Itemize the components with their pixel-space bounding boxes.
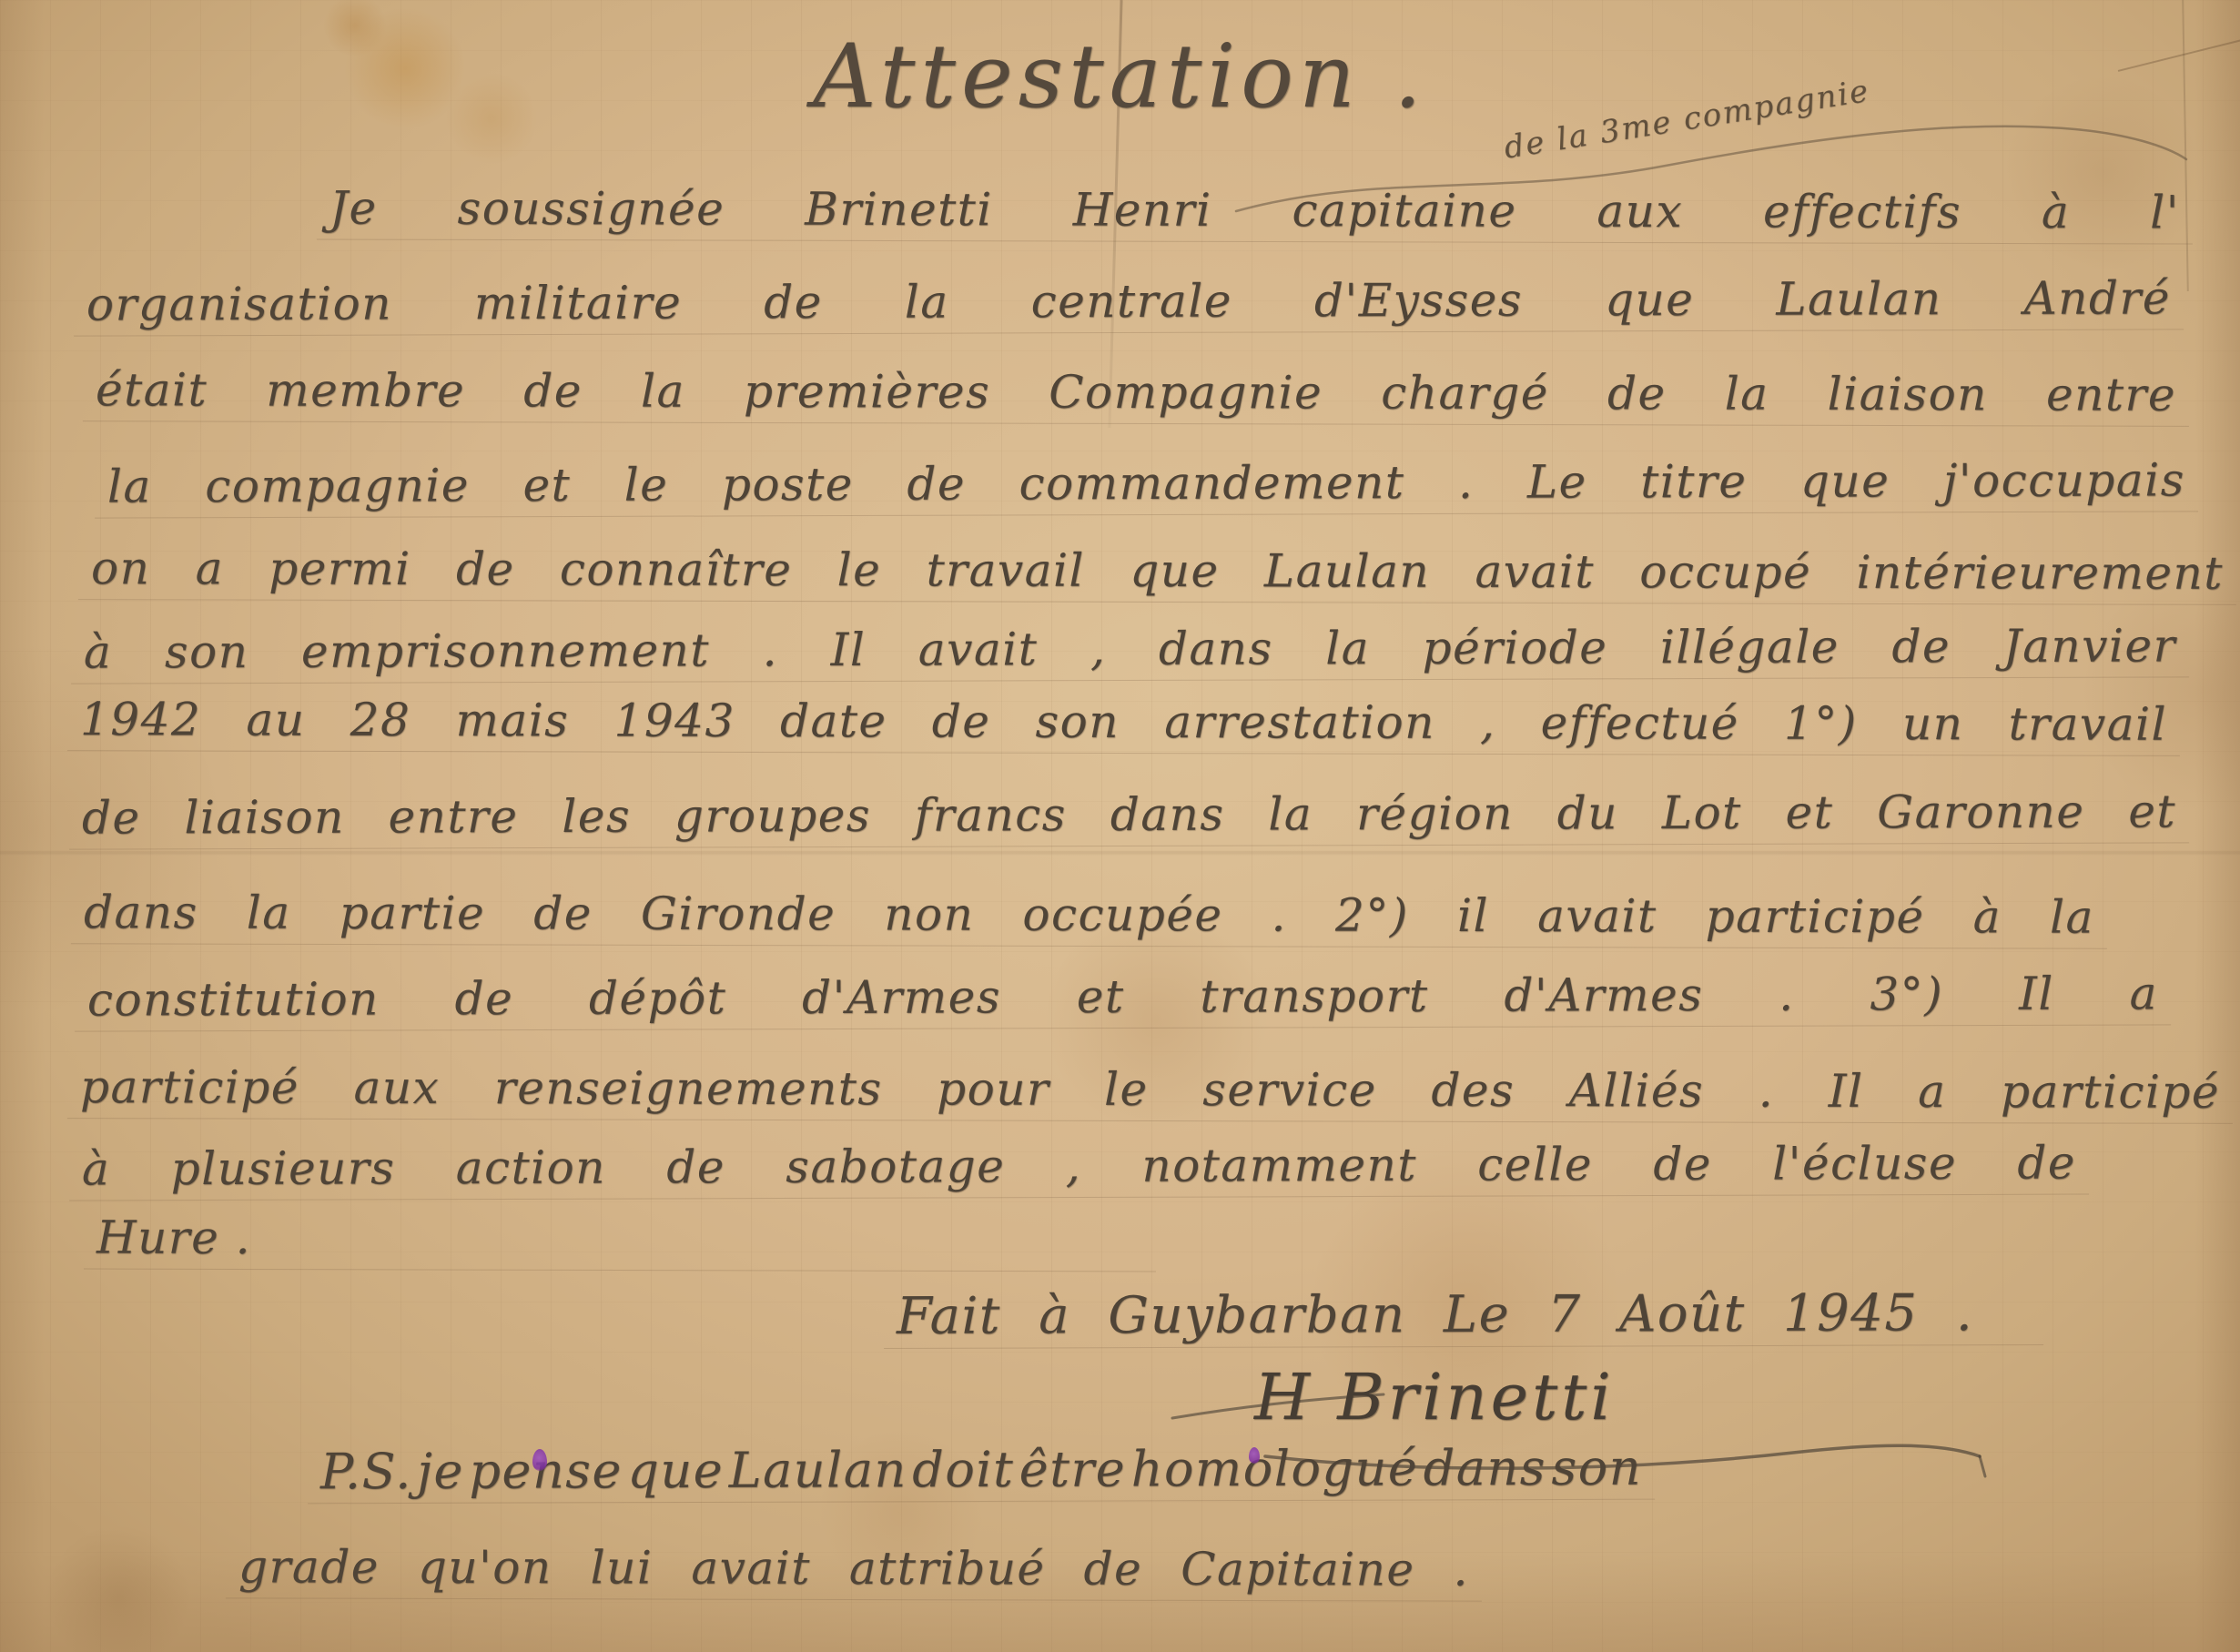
handwritten-line: organisationmilitairedelacentraled'Eysse… [86,268,2171,343]
date-place-line: Fait à Guybarban Le 7 Août 1945 . [897,1283,2031,1356]
handwritten-line: Hure . [96,1208,1143,1280]
postscript-line: gradequ'onluiavaitattribuédeCapitaine. [238,1536,1469,1608]
handwritten-line: étaitmembredelapremièresCompagniechargéd… [96,360,2176,434]
handwritten-line: participéauxrenseignementspourleserviced… [80,1057,2220,1131]
handwritten-line: lacompagnieetlepostedecommandement.Letit… [107,450,2185,525]
handwritten-line: àsonemprisonnement.Ilavait,danslapériode… [84,615,2176,691]
handwritten-line: 1942au28mais1943datedesonarrestation,eff… [80,689,2167,764]
handwritten-line: deliaisonentrelesgroupesfrancsdanslarégi… [82,781,2176,856]
signature: H Brinetti [1254,1360,1615,1434]
handwritten-line: onapermideconnaîtreletravailqueLaulanava… [91,538,2224,613]
handwritten-line: àplusieursactiondesabotage,notammentcell… [82,1133,2076,1209]
handwritten-line: constitutiondedépôtd'Armesettransportd'A… [87,963,2158,1039]
document-page: Attestation . de la 3me compagnie Jesous… [0,0,2240,1652]
postscript-line: P.S.jepensequeLaulandoitêtrehomologuédan… [320,1438,1642,1512]
purple-ink-mark [532,1449,547,1471]
handwritten-line: JesoussignéeBrinettiHenricapitaineauxeff… [329,178,2180,252]
purple-ink-mark [1249,1447,1260,1464]
handwritten-line: danslapartiedeGirondenonoccupée.2°)ilava… [84,882,2094,956]
